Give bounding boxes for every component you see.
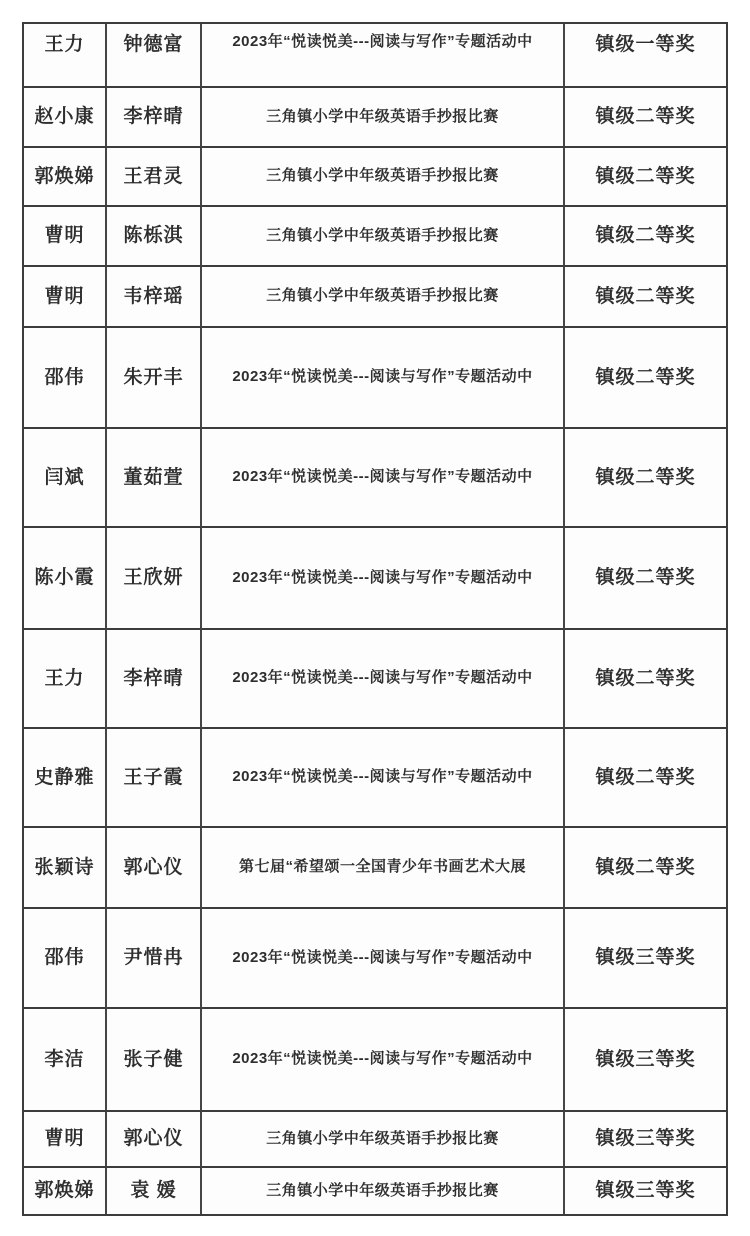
table-cell: 邵伟: [24, 328, 107, 429]
table-cell: 镇级一等奖: [565, 24, 726, 88]
table-cell: 镇级二等奖: [565, 429, 726, 528]
table-cell: 王力: [24, 24, 107, 88]
table-cell: 2023年“悦读悦美---阅读与写作”专题活动中: [202, 729, 565, 828]
table-cell: 王子霞: [107, 729, 202, 828]
table-cell: 镇级三等奖: [565, 909, 726, 1009]
table-cell: 郭心仪: [107, 1112, 202, 1168]
table-cell: 袁 媛: [107, 1168, 202, 1214]
table-cell: 李梓晴: [107, 88, 202, 148]
table-cell: 第七届“希望颂一全国青少年书画艺术大展: [202, 828, 565, 909]
table-cell: 三角镇小学中年级英语手抄报比赛: [202, 88, 565, 148]
table-cell: 2023年“悦读悦美---阅读与写作”专题活动中: [202, 1009, 565, 1112]
table-cell: 2023年“悦读悦美---阅读与写作”专题活动中: [202, 909, 565, 1009]
table-cell: 镇级二等奖: [565, 88, 726, 148]
table-cell: 镇级三等奖: [565, 1168, 726, 1214]
table-cell: 2023年“悦读悦美---阅读与写作”专题活动中: [202, 429, 565, 528]
table-cell: 张颖诗: [24, 828, 107, 909]
table-cell: 曹明: [24, 207, 107, 267]
table-cell: 朱开丰: [107, 328, 202, 429]
table-cell: 赵小康: [24, 88, 107, 148]
table-cell: 陈栎淇: [107, 207, 202, 267]
table-cell: 2023年“悦读悦美---阅读与写作”专题活动中: [202, 630, 565, 729]
table-cell: 闫斌: [24, 429, 107, 528]
table-cell: 镇级二等奖: [565, 207, 726, 267]
table-cell: 王君灵: [107, 148, 202, 207]
table-cell: 2023年“悦读悦美---阅读与写作”专题活动中: [202, 328, 565, 429]
table-cell: 三角镇小学中年级英语手抄报比赛: [202, 267, 565, 328]
table-cell: 镇级二等奖: [565, 267, 726, 328]
table-cell: 张子健: [107, 1009, 202, 1112]
table-cell: 郭焕娣: [24, 148, 107, 207]
table-cell: 三角镇小学中年级英语手抄报比赛: [202, 1112, 565, 1168]
table-cell: 曹明: [24, 1112, 107, 1168]
table-cell: 三角镇小学中年级英语手抄报比赛: [202, 1168, 565, 1214]
table-cell: 王欣妍: [107, 528, 202, 630]
table-cell: 钟德富: [107, 24, 202, 88]
table-cell: 董茹萱: [107, 429, 202, 528]
table-cell: 三角镇小学中年级英语手抄报比赛: [202, 207, 565, 267]
table-cell: 李洁: [24, 1009, 107, 1112]
table-cell: 邵伟: [24, 909, 107, 1009]
table-cell: 史静雅: [24, 729, 107, 828]
table-cell: 镇级二等奖: [565, 148, 726, 207]
table-cell: 镇级二等奖: [565, 528, 726, 630]
table-cell: 2023年“悦读悦美---阅读与写作”专题活动中: [202, 528, 565, 630]
table-cell: 李梓晴: [107, 630, 202, 729]
table-cell: 陈小霞: [24, 528, 107, 630]
table-cell: 镇级三等奖: [565, 1112, 726, 1168]
table-cell: 郭心仪: [107, 828, 202, 909]
table-cell: 曹明: [24, 267, 107, 328]
table-cell: 镇级二等奖: [565, 828, 726, 909]
table-cell: 韦梓瑶: [107, 267, 202, 328]
awards-table: 王力钟德富2023年“悦读悦美---阅读与写作”专题活动中镇级一等奖赵小康李梓晴…: [22, 22, 728, 1216]
table-cell: 镇级二等奖: [565, 630, 726, 729]
table-cell: 尹惜冉: [107, 909, 202, 1009]
table-cell: 郭焕娣: [24, 1168, 107, 1214]
table-cell: 镇级二等奖: [565, 328, 726, 429]
table-cell: 镇级三等奖: [565, 1009, 726, 1112]
table-cell: 王力: [24, 630, 107, 729]
table-cell: 镇级二等奖: [565, 729, 726, 828]
table-cell: 三角镇小学中年级英语手抄报比赛: [202, 148, 565, 207]
table-cell: 2023年“悦读悦美---阅读与写作”专题活动中: [202, 24, 565, 88]
